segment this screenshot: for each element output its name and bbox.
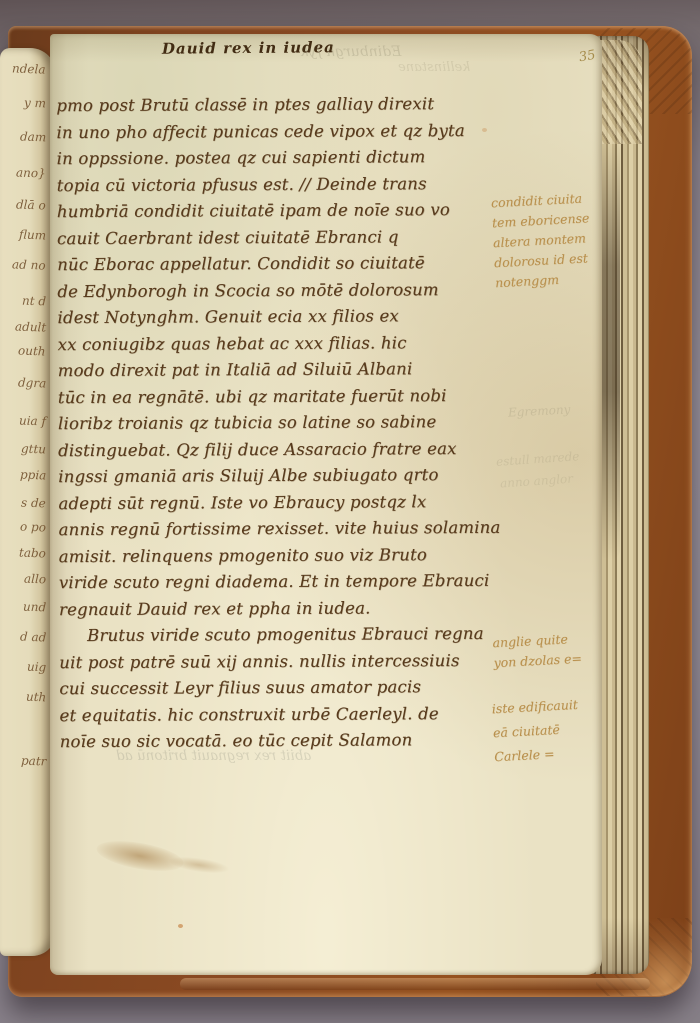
- previous-page-text-fragment: gttu: [21, 442, 47, 457]
- previous-page-text-fragment: dam: [20, 130, 47, 145]
- text-line: in oppssione. postea qz cui sapienti dic…: [57, 144, 489, 173]
- previous-page-text-fragment: dlā o: [16, 197, 46, 212]
- folio-number: 35: [578, 48, 597, 66]
- text-line: pmo post Brutū classē in ptes galliay di…: [56, 91, 488, 120]
- previous-page-text-fragment: d ad: [19, 630, 46, 645]
- text-line: modo direxit pat in Italiā ad Siluiū Alb…: [58, 356, 490, 385]
- previous-page-text-fragment: ad no: [12, 257, 46, 272]
- photo-backdrop: ndelay mdamano}dlā oflumad nont dadultou…: [0, 0, 700, 1023]
- text-line: regnauit Dauid rex et ppha in iudea.: [59, 594, 491, 623]
- text-line: in uno pho affecit punicas cede vipox et…: [56, 117, 488, 146]
- text-block: pmo post Brutū classē in ptes galliay di…: [56, 91, 491, 756]
- previous-page-text-fragment: adult: [15, 319, 47, 334]
- previous-page-edge: ndelay mdamano}dlā oflumad nont dadultou…: [0, 48, 56, 956]
- text-line: xx coniugibz quas hebat ac xxx filias. h…: [58, 329, 490, 358]
- margin-note: anglie quiteyon dzolas e=: [492, 627, 620, 674]
- previous-page-text-fragment: uth: [25, 690, 46, 705]
- previous-page-text-fragment: allo: [24, 572, 47, 587]
- text-line: adepti sūt regnū. Iste vo Ebraucy postqz…: [58, 488, 490, 517]
- previous-page-text-fragment: dgra: [17, 376, 46, 391]
- previous-page-text-fragment: und: [23, 600, 47, 615]
- text-line: humbriā condidit ciuitatē ipam de noīe s…: [57, 197, 489, 226]
- previous-page-text-fragment: s de: [21, 496, 46, 511]
- previous-page-text-fragment: tabo: [19, 546, 46, 561]
- previous-page-text-fragment: o po: [20, 520, 46, 535]
- margin-note: condidit ciuitatem eboricensealtera mont…: [490, 187, 621, 293]
- text-line: tūc in ea regnātē. ubi qz maritate fuerū…: [58, 382, 490, 411]
- text-line: uit post patrē suū xij annis. nullis int…: [59, 647, 491, 676]
- text-line: cauit Caerbrant idest ciuitatē Ebranci q: [57, 223, 489, 252]
- previous-page-text-fragment: nt d: [22, 294, 47, 309]
- previous-page-text-fragment: outh: [18, 344, 46, 359]
- previous-page-text-fragment: uig: [27, 660, 47, 675]
- previous-page-text-fragment: ppia: [19, 468, 46, 483]
- leather-bottom-edge: [180, 978, 650, 990]
- previous-page-text-fragment: ano}: [16, 165, 46, 180]
- text-line: viride scuto regni diadema. Et in tempor…: [59, 568, 491, 597]
- text-line: amisit. relinquens pmogenito suo viz Bru…: [59, 541, 491, 570]
- text-line: cui successit Leyr filius suus amator pa…: [59, 674, 491, 703]
- showthrough-text: Edinburgh fyk: [300, 44, 401, 60]
- showthrough-text: abiit rex regnauit britonū ad: [116, 748, 311, 764]
- showthrough-text: kellinstane: [398, 60, 470, 75]
- paper-speck: [178, 924, 183, 928]
- text-line: idest Notynghm. Genuit ecia xx filios ex: [57, 303, 489, 332]
- previous-page-text-fragment: ndela: [12, 61, 46, 76]
- text-line: nūc Eborac appellatur. Condidit so ciuit…: [57, 250, 489, 279]
- text-line: lioribz troianis qz tubicia so latine so…: [58, 409, 490, 438]
- text-line: annis regnū fortissime rexisset. vite hu…: [58, 515, 490, 544]
- previous-page-text-fragment: y m: [24, 96, 46, 111]
- text-line: distinguebat. Qz filij duce Assaracio fr…: [58, 435, 490, 464]
- previous-page-text-fragment: uia f: [19, 414, 46, 429]
- text-line: Brutus viride scuto pmogenitus Ebrauci r…: [59, 621, 491, 650]
- previous-page-text-fragment: flum: [19, 228, 47, 243]
- previous-page-text-fragment: patr: [20, 754, 46, 769]
- text-line: de Edynborogh in Scocia so mōtē dolorosu…: [57, 276, 489, 305]
- text-line: et equitatis. hic construxit urbē Caerle…: [59, 700, 491, 729]
- text-line: ingssi gmaniā aris Siluij Albe subiugato…: [58, 462, 490, 491]
- margin-note: iste edificauiteā ciuitatēCarlele =: [491, 691, 621, 769]
- paper-speck: [482, 128, 487, 132]
- text-line: topia cū victoria pfusus est. // Deinde …: [57, 170, 489, 199]
